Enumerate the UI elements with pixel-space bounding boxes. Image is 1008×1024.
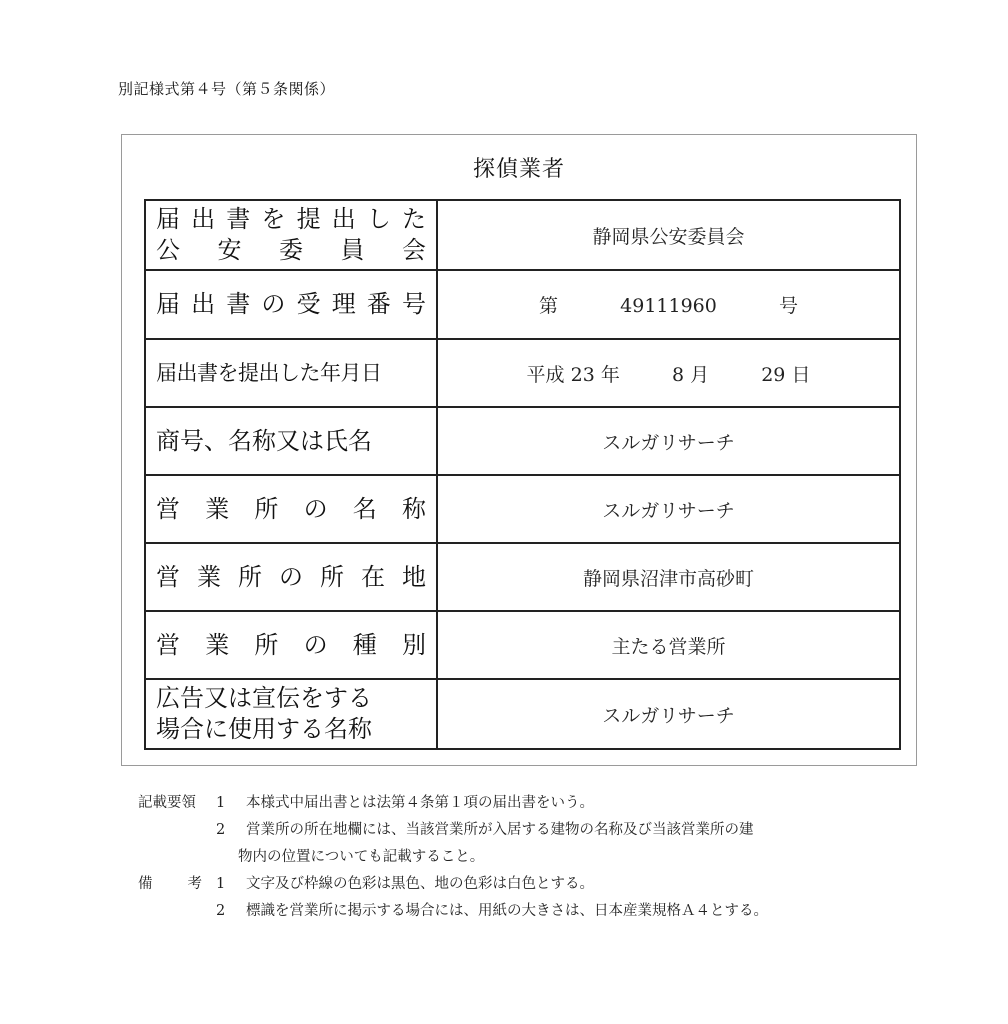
- notes-section: 記載要領 1 本様式中届出書とは法第４条第１項の届出書をいう。 2 営業所の所在…: [138, 790, 768, 925]
- day-unit: 日: [791, 364, 810, 386]
- note-text: 物内の位置についても記載すること。: [238, 844, 484, 871]
- spacer: [138, 898, 216, 925]
- table-row: 営業所の所在地 静岡県沼津市高砂町: [145, 543, 900, 611]
- value-trade-name: スルガリサーチ: [437, 407, 900, 475]
- note-number: 2: [216, 817, 246, 844]
- note-text: 文字及び枠線の色彩は黒色、地の色彩は白色とする。: [246, 871, 594, 898]
- value-receipt-number: 第 49111960 号: [437, 270, 900, 339]
- instruction-2: 2 営業所の所在地欄には、当該営業所が入居する建物の名称及び当該営業所の建: [138, 817, 768, 844]
- label-office-location: 営業所の所在地: [145, 543, 437, 611]
- receipt-number: 49111960: [620, 295, 717, 317]
- label-line: 広告又は宣伝をする: [156, 683, 436, 714]
- spacer: [138, 817, 216, 844]
- instructions-heading: 記載要領: [138, 790, 216, 817]
- label-line: 営業所の種別: [156, 630, 436, 661]
- label-line: 届出書の受理番号: [156, 289, 436, 320]
- remarks-heading: 備 考: [138, 871, 216, 898]
- remarks-heading-char: 考: [188, 871, 203, 898]
- label-commission: 届出書を提出した 公安委員会: [145, 200, 437, 270]
- remarks-heading-char: 備: [138, 871, 153, 898]
- label-line: 公安委員会: [156, 235, 436, 266]
- note-number: 1: [216, 871, 246, 898]
- label-advertising-name: 広告又は宣伝をする 場合に使用する名称: [145, 679, 437, 749]
- label-receipt-number: 届出書の受理番号: [145, 270, 437, 339]
- year: 23: [571, 364, 595, 386]
- label-office-type: 営業所の種別: [145, 611, 437, 679]
- note-text: 標識を営業所に掲示する場合には、用紙の大きさは、日本産業規格Ａ４とする。: [246, 898, 768, 925]
- table-row: 営業所の種別 主たる営業所: [145, 611, 900, 679]
- table-row: 届出書を提出した年月日 平成 23 年 8 月 29 日: [145, 339, 900, 407]
- label-office-name: 営業所の名称: [145, 475, 437, 543]
- label-line: 届出書を提出した年月日: [156, 358, 436, 389]
- number-prefix: 第: [539, 295, 558, 317]
- label-trade-name: 商号、名称又は氏名: [145, 407, 437, 475]
- table-row: 商号、名称又は氏名 スルガリサーチ: [145, 407, 900, 475]
- era: 平成: [527, 364, 565, 386]
- value-commission: 静岡県公安委員会: [437, 200, 900, 270]
- instruction-1: 記載要領 1 本様式中届出書とは法第４条第１項の届出書をいう。: [138, 790, 768, 817]
- form-label: 別記様式第４号（第５条関係）: [118, 78, 335, 99]
- table-row: 営業所の名称 スルガリサーチ: [145, 475, 900, 543]
- label-line: 商号、名称又は氏名: [156, 426, 436, 457]
- note-number: 2: [216, 898, 246, 925]
- value-advertising-name: スルガリサーチ: [437, 679, 900, 749]
- label-line: 営業所の名称: [156, 494, 436, 525]
- value-office-name: スルガリサーチ: [437, 475, 900, 543]
- remark-1: 備 考 1 文字及び枠線の色彩は黒色、地の色彩は白色とする。: [138, 871, 768, 898]
- value-submission-date: 平成 23 年 8 月 29 日: [437, 339, 900, 407]
- note-text: 本様式中届出書とは法第４条第１項の届出書をいう。: [246, 790, 594, 817]
- table-row: 届出書を提出した 公安委員会 静岡県公安委員会: [145, 200, 900, 270]
- value-office-location: 静岡県沼津市高砂町: [437, 543, 900, 611]
- note-text: 営業所の所在地欄には、当該営業所が入居する建物の名称及び当該営業所の建: [246, 817, 754, 844]
- table-row: 届出書の受理番号 第 49111960 号: [145, 270, 900, 339]
- day: 29: [761, 364, 785, 386]
- label-line: 営業所の所在地: [156, 562, 436, 593]
- year-unit: 年: [601, 364, 620, 386]
- label-submission-date: 届出書を提出した年月日: [145, 339, 437, 407]
- note-number: 1: [216, 790, 246, 817]
- label-line: 届出書を提出した: [156, 204, 436, 235]
- month: 8: [672, 364, 684, 386]
- sign-table: 届出書を提出した 公安委員会 静岡県公安委員会 届出書の受理番号 第 49111…: [144, 199, 901, 750]
- value-office-type: 主たる営業所: [437, 611, 900, 679]
- instruction-2-continuation: 物内の位置についても記載すること。: [138, 844, 768, 871]
- table-row: 広告又は宣伝をする 場合に使用する名称 スルガリサーチ: [145, 679, 900, 749]
- remark-2: 2 標識を営業所に掲示する場合には、用紙の大きさは、日本産業規格Ａ４とする。: [138, 898, 768, 925]
- label-line: 場合に使用する名称: [156, 714, 436, 745]
- number-suffix: 号: [779, 295, 798, 317]
- sign-title: 探偵業者: [121, 152, 917, 183]
- month-unit: 月: [690, 364, 709, 386]
